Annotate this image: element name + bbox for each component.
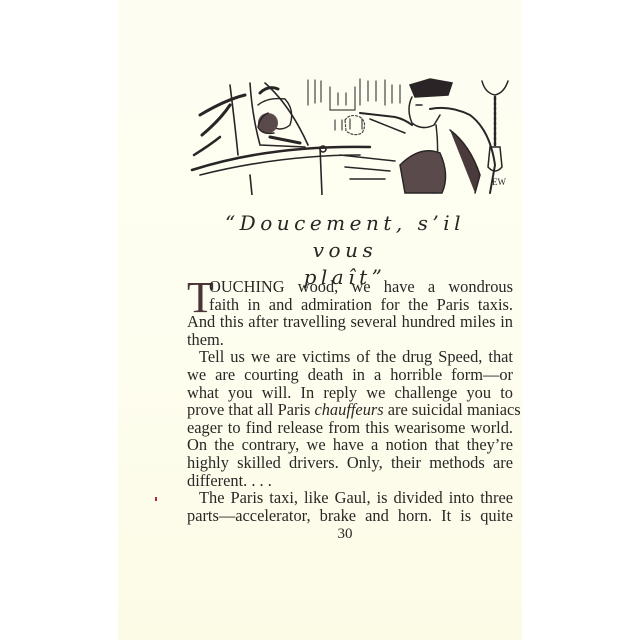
chapter-title-line-1: “Doucement, s’il vous: [190, 210, 500, 264]
text-line: eager to find release from this wearisom…: [187, 419, 513, 437]
gendarme: [340, 79, 495, 193]
text-line: parts—accelerator, brake and horn. It is…: [187, 507, 513, 525]
taxi-gendarme-illustration: EW: [190, 75, 512, 195]
artist-signature: EW: [492, 177, 506, 187]
margin-ink-mark: [155, 497, 157, 501]
text-line: highly skilled drivers. Only, their meth…: [187, 454, 513, 472]
text-line-with-italic: prove that all Paris chauffeurs are suic…: [187, 401, 513, 419]
body-text: OUCHING wood, we have a wondrous faith i…: [187, 278, 513, 524]
text-line: faith in and admiration for the Paris ta…: [187, 296, 513, 314]
text-line: different. . . .: [187, 472, 513, 490]
text-line: what you will. In reply we challenge you…: [187, 384, 513, 402]
text-line: The Paris taxi, like Gaul, is divided in…: [187, 489, 513, 507]
italic-word-chauffeurs: chauffeurs: [314, 400, 383, 419]
page-number: 30: [330, 526, 360, 543]
taxi-driver: [258, 88, 300, 143]
hanging-lantern: [482, 81, 508, 171]
text-line: we are courting death in a horrible form…: [187, 366, 513, 384]
text-line: them.: [187, 331, 513, 349]
text-line: Tell us we are victims of the drug Speed…: [187, 348, 513, 366]
text-line: And this after travelling several hundre…: [187, 313, 513, 331]
text-line: On the contrary, we have a notion that t…: [187, 436, 513, 454]
text-line: OUCHING wood, we have a wondrous: [187, 278, 513, 296]
